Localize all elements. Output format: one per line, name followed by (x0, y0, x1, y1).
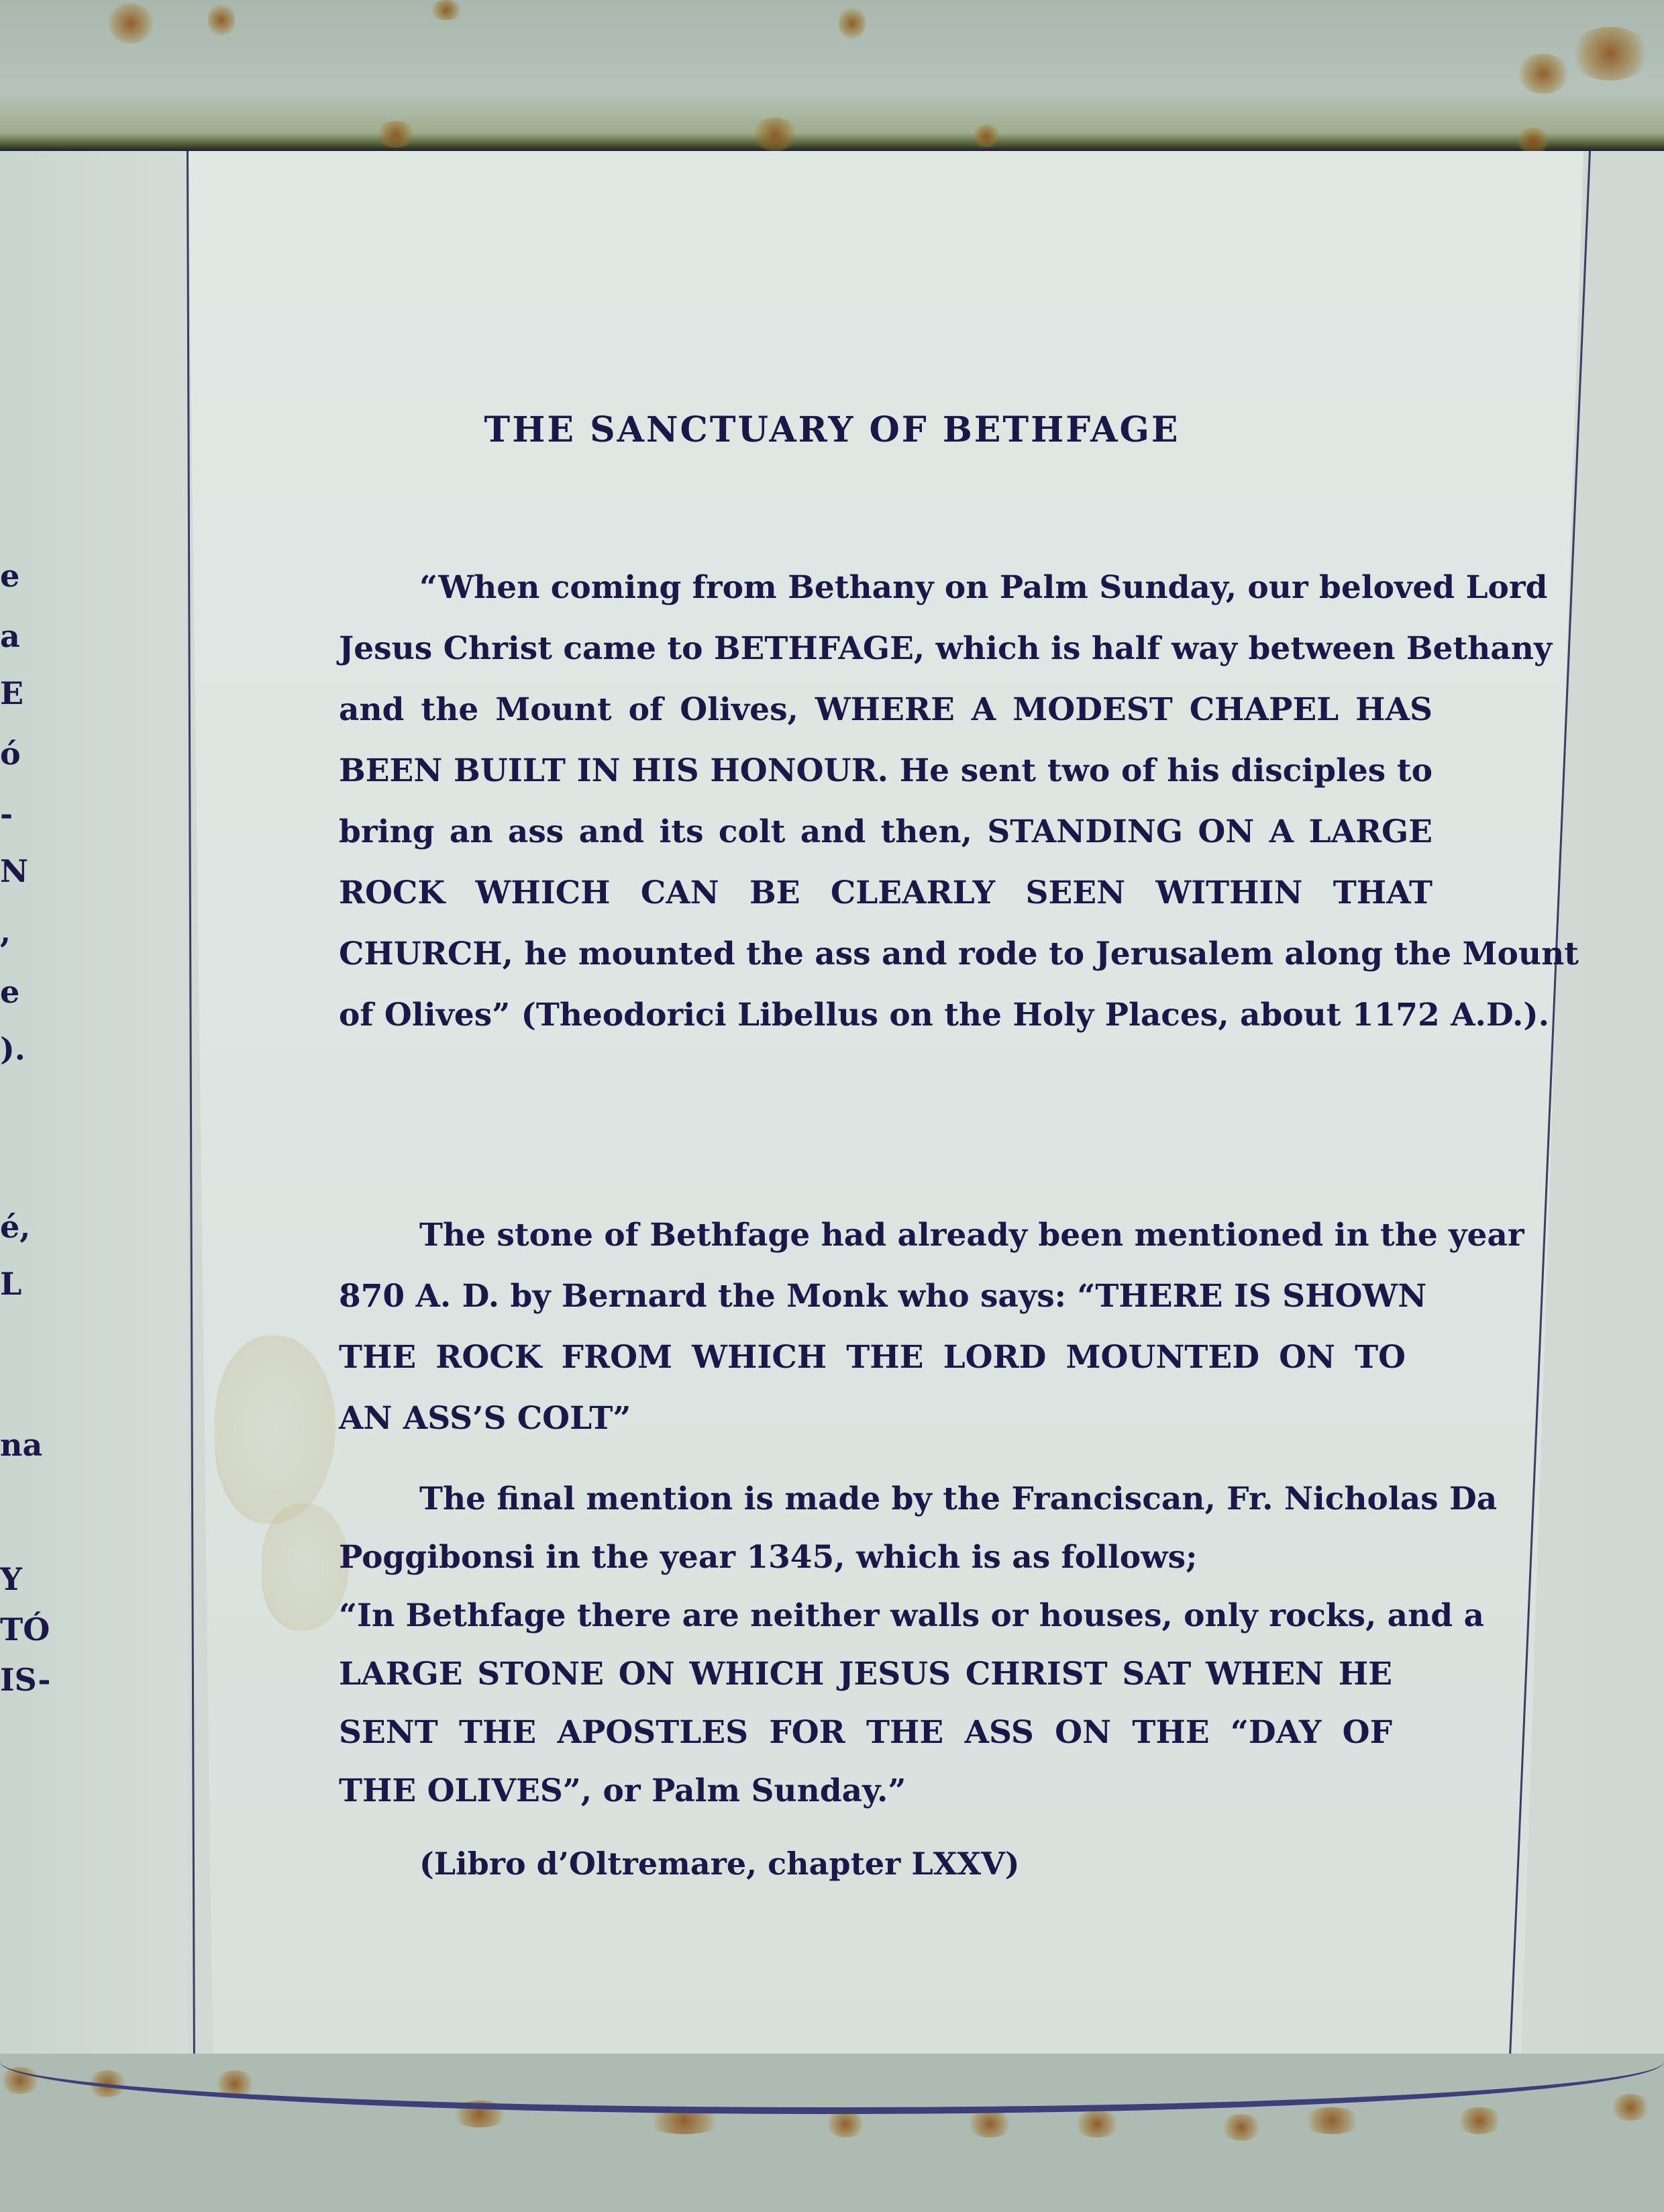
text-line: Poggibonsi in the year 1345, which is as… (339, 1528, 1392, 1587)
text-line: 870 A. D. by Bernard the Monk who says: … (339, 1266, 1406, 1327)
adjacent-text-fragment: TÓ (0, 1614, 50, 1645)
rust-spot (429, 0, 463, 20)
rust-spot (839, 7, 866, 40)
adjacent-text-fragment: E (0, 678, 23, 709)
adjacent-text-fragment: na (0, 1429, 42, 1460)
text-line: THE OLIVES”, or Palm Sunday.” (339, 1762, 1392, 1820)
text-line: SENT THE APOSTLES FOR THE ASS ON THE “DA… (339, 1703, 1392, 1762)
adjacent-text-fragment: ). (0, 1034, 25, 1064)
text-line: AN ASS’S COLT” (339, 1388, 1406, 1449)
adjacent-text-fragment: ó (0, 738, 21, 769)
paragraph-theodorici-quote: “When coming from Bethany on Palm Sunday… (339, 557, 1433, 1046)
text-line: The stone of Bethfage had already been m… (339, 1205, 1406, 1266)
rust-spot (1302, 2107, 1362, 2134)
text-line: BEEN BUILT IN HIS HONOUR. He sent two of… (339, 740, 1433, 801)
adjacent-text-fragment: IS- (0, 1664, 51, 1695)
rust-spot (208, 3, 235, 37)
text-line: The final mention is made by the Francis… (339, 1470, 1392, 1528)
paragraph-poggibonsi: The final mention is made by the Francis… (339, 1470, 1392, 1820)
text-line: and the Mount of Olives, WHERE A MODEST … (339, 679, 1433, 740)
rust-spot (1074, 2111, 1121, 2138)
rust-spot (376, 121, 416, 148)
text-line: “In Bethfage there are neither walls or … (339, 1587, 1392, 1645)
rust-spot (1516, 128, 1550, 154)
text-line: LARGE STONE ON WHICH JESUS CHRIST SAT WH… (339, 1645, 1392, 1703)
adjacent-text-fragment: L (0, 1268, 21, 1299)
text-line: Jesus Christ came to BETHFAGE, which is … (339, 618, 1433, 679)
text-line: ROCK WHICH CAN BE CLEARLY SEEN WITHIN TH… (339, 862, 1433, 923)
rust-spot (966, 2111, 1013, 2138)
rust-spot (751, 117, 798, 151)
paragraph-bernard-the-monk: The stone of Bethfage had already been m… (339, 1205, 1406, 1449)
rust-spot (973, 124, 1000, 148)
citation: (Libro d’Oltremare, chapter LXXV) (419, 1846, 1020, 1882)
text-line: CHURCH, he mounted the ass and rode to J… (339, 923, 1433, 985)
adjacent-text-fragment: Y (0, 1564, 22, 1595)
adjacent-text-fragment: N (0, 856, 28, 887)
rust-spot (1456, 2107, 1503, 2134)
adjacent-text-fragment: e (0, 560, 19, 591)
text-line: bring an ass and its colt and then, STAN… (339, 801, 1433, 862)
adjacent-text-fragment: - (0, 799, 13, 829)
metal-frame-top (0, 0, 1664, 151)
text-line: of Olives” (Theodorici Libellus on the H… (339, 985, 1433, 1046)
rust-spot (107, 3, 154, 44)
rust-spot (1570, 27, 1651, 81)
rust-spot (1516, 54, 1570, 94)
text-line: THE ROCK FROM WHICH THE LORD MOUNTED ON … (339, 1327, 1406, 1388)
rust-spot (1221, 2114, 1261, 2141)
text-line: “When coming from Bethany on Palm Sunday… (339, 557, 1433, 618)
adjacent-text-fragment: é, (0, 1211, 30, 1242)
rust-spot (1610, 2094, 1651, 2121)
document-title: THE SANCTUARY OF BETHFAGE (0, 409, 1664, 450)
adjacent-text-fragment: , (0, 916, 11, 947)
adjacent-text-fragment: a (0, 621, 20, 652)
rust-spot (825, 2111, 866, 2138)
adjacent-text-fragment: e (0, 976, 19, 1007)
